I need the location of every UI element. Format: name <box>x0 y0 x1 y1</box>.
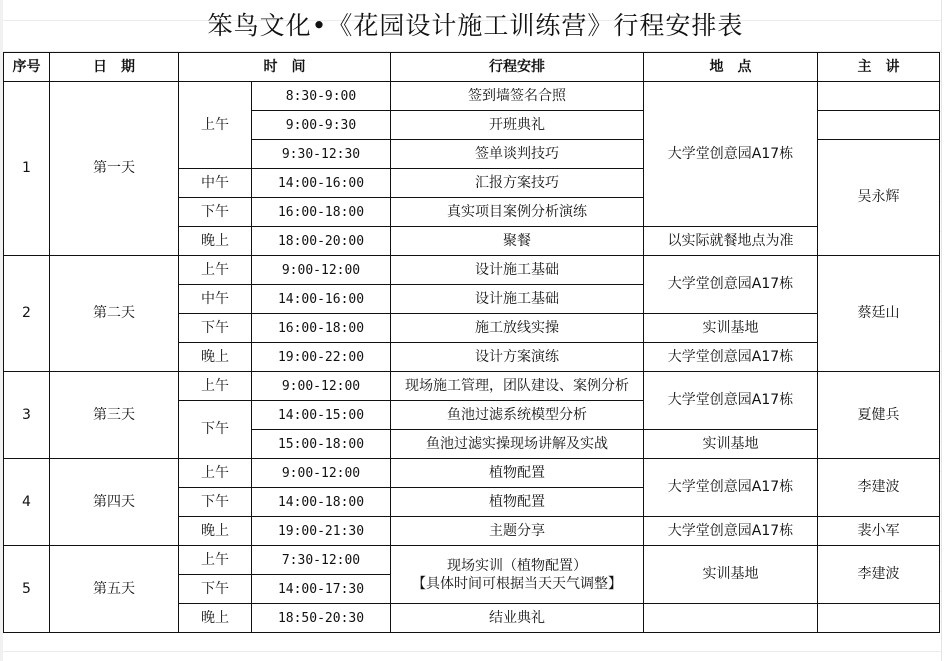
time-cell[interactable]: 14:00-18:00 <box>252 488 391 517</box>
header-schedule[interactable]: 行程安排 <box>391 53 644 82</box>
period-cell[interactable]: 上午 <box>179 546 252 575</box>
period-cell[interactable]: 上午 <box>179 459 252 488</box>
schedule-cell[interactable]: 植物配置 <box>391 459 644 488</box>
schedule-cell[interactable]: 签到墙签名合照 <box>391 82 644 111</box>
table-row: 2 第二天 上午 9:00-12:00 设计施工基础 大学堂创意园A17栋 蔡廷… <box>4 256 940 285</box>
time-cell[interactable]: 15:00-18:00 <box>252 430 391 459</box>
period-cell[interactable]: 中午 <box>179 285 252 314</box>
table-row: 1 第一天 上午 8:30-9:00 签到墙签名合照 大学堂创意园A17栋 <box>4 82 940 111</box>
location-cell[interactable]: 大学堂创意园A17栋 <box>644 372 818 430</box>
time-cell[interactable]: 14:00-17:30 <box>252 575 391 604</box>
location-cell[interactable]: 大学堂创意园A17栋 <box>644 82 818 227</box>
time-cell[interactable]: 18:00-20:00 <box>252 227 391 256</box>
time-cell[interactable]: 18:50-20:30 <box>252 604 391 633</box>
seq-cell[interactable]: 2 <box>4 256 50 372</box>
location-cell[interactable]: 大学堂创意园A17栋 <box>644 256 818 314</box>
time-cell[interactable]: 9:30-12:30 <box>252 140 391 169</box>
date-cell[interactable]: 第四天 <box>50 459 179 546</box>
schedule-cell[interactable]: 现场施工管理，团队建设、案例分析 <box>391 372 644 401</box>
lecturer-cell[interactable]: 吴永辉 <box>818 140 940 256</box>
schedule-cell[interactable]: 鱼池过滤实操现场讲解及实战 <box>391 430 644 459</box>
period-cell[interactable]: 上午 <box>179 256 252 285</box>
time-cell[interactable]: 8:30-9:00 <box>252 82 391 111</box>
time-cell[interactable]: 16:00-18:00 <box>252 198 391 227</box>
table-row: 3 第三天 上午 9:00-12:00 现场施工管理，团队建设、案例分析 大学堂… <box>4 372 940 401</box>
seq-cell[interactable]: 5 <box>4 546 50 633</box>
location-cell[interactable]: 实训基地 <box>644 546 818 604</box>
location-cell[interactable] <box>644 604 818 633</box>
table-row: 4 第四天 上午 9:00-12:00 植物配置 大学堂创意园A17栋 李建波 <box>4 459 940 488</box>
page-title: 笨鸟文化•《花园设计施工训练营》行程安排表 <box>0 6 951 42</box>
time-cell[interactable]: 9:00-9:30 <box>252 111 391 140</box>
time-cell[interactable]: 14:00-16:00 <box>252 285 391 314</box>
lecturer-cell[interactable] <box>818 82 940 111</box>
period-cell[interactable]: 中午 <box>179 169 252 198</box>
schedule-cell[interactable]: 鱼池过滤系统模型分析 <box>391 401 644 430</box>
time-cell[interactable]: 16:00-18:00 <box>252 314 391 343</box>
location-cell[interactable]: 大学堂创意园A17栋 <box>644 459 818 517</box>
schedule-cell[interactable]: 施工放线实操 <box>391 314 644 343</box>
schedule-cell[interactable]: 签单谈判技巧 <box>391 140 644 169</box>
period-cell[interactable]: 晚上 <box>179 517 252 546</box>
schedule-line: 现场实训（植物配置） <box>391 557 643 575</box>
location-cell[interactable]: 大学堂创意园A17栋 <box>644 343 818 372</box>
lecturer-cell[interactable]: 李建波 <box>818 459 940 517</box>
time-cell[interactable]: 9:00-12:00 <box>252 256 391 285</box>
header-lecturer[interactable]: 主 讲 <box>818 53 940 82</box>
seq-cell[interactable]: 3 <box>4 372 50 459</box>
header-seq[interactable]: 序号 <box>4 53 50 82</box>
lecturer-cell[interactable]: 蔡廷山 <box>818 256 940 372</box>
seq-cell[interactable]: 1 <box>4 82 50 256</box>
lecturer-cell[interactable] <box>818 604 940 633</box>
time-cell[interactable]: 19:00-22:00 <box>252 343 391 372</box>
schedule-cell[interactable]: 设计施工基础 <box>391 285 644 314</box>
seq-cell[interactable]: 4 <box>4 459 50 546</box>
schedule-cell[interactable]: 聚餐 <box>391 227 644 256</box>
period-cell[interactable]: 晚上 <box>179 343 252 372</box>
time-cell[interactable]: 9:00-12:00 <box>252 372 391 401</box>
period-cell[interactable]: 上午 <box>179 82 252 169</box>
period-cell[interactable]: 下午 <box>179 198 252 227</box>
schedule-cell[interactable]: 主题分享 <box>391 517 644 546</box>
time-cell[interactable]: 19:00-21:30 <box>252 517 391 546</box>
schedule-note: 【具体时间可根据当天天气调整】 <box>391 575 643 593</box>
time-cell[interactable]: 9:00-12:00 <box>252 459 391 488</box>
location-cell[interactable]: 以实际就餐地点为准 <box>644 227 818 256</box>
schedule-cell[interactable]: 结业典礼 <box>391 604 644 633</box>
period-cell[interactable]: 下午 <box>179 575 252 604</box>
schedule-cell[interactable]: 植物配置 <box>391 488 644 517</box>
schedule-table: 序号 日 期 时 间 行程安排 地 点 主 讲 1 第一天 上午 8:30-9:… <box>3 52 940 633</box>
lecturer-cell[interactable] <box>818 111 940 140</box>
schedule-cell[interactable]: 开班典礼 <box>391 111 644 140</box>
period-cell[interactable]: 下午 <box>179 488 252 517</box>
period-cell[interactable]: 上午 <box>179 372 252 401</box>
schedule-cell[interactable]: 汇报方案技巧 <box>391 169 644 198</box>
right-gutter <box>941 0 951 661</box>
location-cell[interactable]: 大学堂创意园A17栋 <box>644 517 818 546</box>
period-cell[interactable]: 下午 <box>179 401 252 459</box>
header-row: 序号 日 期 时 间 行程安排 地 点 主 讲 <box>4 53 940 82</box>
date-cell[interactable]: 第二天 <box>50 256 179 372</box>
location-cell[interactable]: 实训基地 <box>644 430 818 459</box>
lecturer-cell[interactable]: 李建波 <box>818 546 940 604</box>
time-cell[interactable]: 14:00-15:00 <box>252 401 391 430</box>
period-cell[interactable]: 晚上 <box>179 604 252 633</box>
header-location[interactable]: 地 点 <box>644 53 818 82</box>
lecturer-cell[interactable]: 夏健兵 <box>818 372 940 459</box>
time-cell[interactable]: 14:00-16:00 <box>252 169 391 198</box>
lecturer-cell[interactable]: 裴小军 <box>818 517 940 546</box>
header-date[interactable]: 日 期 <box>50 53 179 82</box>
time-cell[interactable]: 7:30-12:00 <box>252 546 391 575</box>
period-cell[interactable]: 下午 <box>179 314 252 343</box>
table-row: 5 第五天 上午 7:30-12:00 现场实训（植物配置） 【具体时间可根据当… <box>4 546 940 575</box>
schedule-cell[interactable]: 设计施工基础 <box>391 256 644 285</box>
location-cell[interactable]: 实训基地 <box>644 314 818 343</box>
date-cell[interactable]: 第三天 <box>50 372 179 459</box>
schedule-cell[interactable]: 设计方案演练 <box>391 343 644 372</box>
schedule-cell[interactable]: 真实项目案例分析演练 <box>391 198 644 227</box>
header-time[interactable]: 时 间 <box>179 53 391 82</box>
date-cell[interactable]: 第五天 <box>50 546 179 633</box>
schedule-cell[interactable]: 现场实训（植物配置） 【具体时间可根据当天天气调整】 <box>391 546 644 604</box>
period-cell[interactable]: 晚上 <box>179 227 252 256</box>
date-cell[interactable]: 第一天 <box>50 82 179 256</box>
